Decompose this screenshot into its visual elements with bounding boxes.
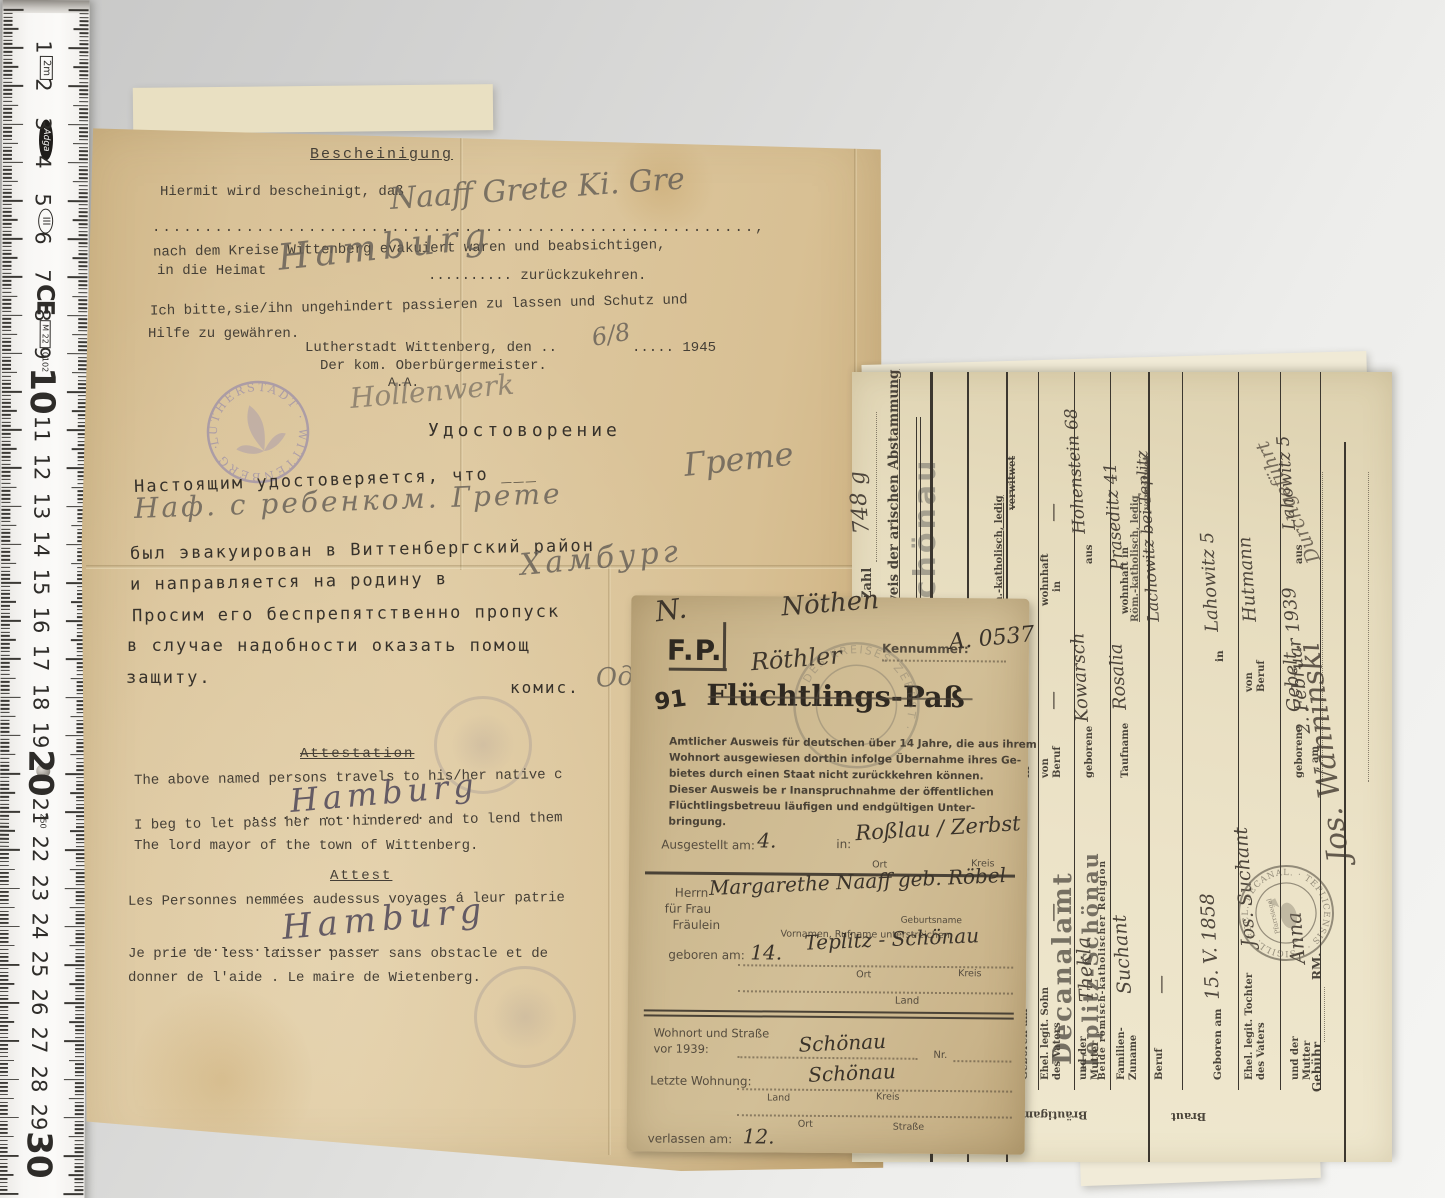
ruler-tick <box>0 1151 8 1153</box>
ruler-tick <box>0 1097 14 1099</box>
ruler-tick <box>79 112 88 114</box>
ruler-tick <box>79 212 88 214</box>
fp-mark: F.P. <box>667 634 723 667</box>
fp-bracket-vertical <box>723 622 726 670</box>
ruler-tick <box>78 395 87 397</box>
ruler-tick <box>2 349 11 351</box>
ruler-tick <box>75 1125 84 1127</box>
ruler-tick <box>0 998 8 1000</box>
ruler-tick <box>78 319 87 321</box>
ruler-tick <box>1 689 10 691</box>
ruler-tick <box>3 78 12 80</box>
ruler-approval-marker: M 22 <box>39 320 50 348</box>
ruler-tick <box>1 666 10 668</box>
ruler-tick <box>79 173 88 175</box>
ruler-tick <box>3 154 12 156</box>
ruler-tick <box>3 112 12 114</box>
ruler-tick <box>1 620 21 622</box>
zahl-value: 748 g <box>845 470 875 535</box>
ruler-tick <box>0 742 9 744</box>
ruler-tick <box>3 165 12 167</box>
ruler-tick <box>75 1014 84 1016</box>
ruler-tick <box>0 1059 14 1061</box>
ruler-tick <box>0 1109 8 1111</box>
ruler-tick <box>79 208 88 210</box>
wohnhaft-value2: Praseditz 41 <box>1101 462 1128 571</box>
ruler-tick <box>0 834 9 836</box>
ruler-tick <box>1 670 10 672</box>
land-label2: Land <box>767 1092 790 1103</box>
ruler-tick <box>2 291 11 293</box>
in-value: Roßlau / Zerbst <box>855 811 1022 845</box>
zuname-label: Zuname <box>1128 1035 1139 1080</box>
ruler-tick <box>76 815 85 817</box>
ruler-tick <box>0 864 9 866</box>
ruler-tick <box>79 250 88 252</box>
ruler-tick <box>0 933 9 935</box>
ruler-tick <box>78 284 87 286</box>
ruler-tick <box>0 803 9 805</box>
ruler-tick <box>0 960 8 962</box>
ruler-tick <box>76 853 85 855</box>
ruler-tick <box>0 945 15 947</box>
ruler-cm-number: 28 <box>27 1065 51 1092</box>
ruler-tick <box>0 1170 8 1172</box>
ruler-tick <box>64 1040 84 1042</box>
ruler-tick <box>74 1182 83 1184</box>
geboren-value2: 15. V. 1858 <box>1196 892 1224 1000</box>
ruler-tick <box>1 505 21 507</box>
kennummer-value: A. 0537 <box>948 622 1036 655</box>
ruler-tick <box>0 822 9 824</box>
ruler-tick <box>75 968 84 970</box>
ruler-tick <box>1 586 10 588</box>
ruler-tick <box>2 429 22 431</box>
ruler-tick <box>2 314 22 316</box>
ruler-tick <box>3 116 12 118</box>
ruler-accuracy-class-marker: III <box>38 209 53 234</box>
mutter-label3: und der <box>1290 1036 1301 1080</box>
ruler-tick <box>79 131 88 133</box>
ruler-tick <box>0 1021 14 1023</box>
ruler-tick <box>3 74 12 76</box>
ruler-tick <box>78 349 87 351</box>
ruler-tick <box>76 823 85 825</box>
mayor-signature: Hollenwerk <box>349 368 516 415</box>
ruler-tick <box>79 97 88 99</box>
decanalamt-stamp-line2: Teplitz-Schönau <box>1078 851 1103 1070</box>
ruler-tick <box>2 334 17 336</box>
letzte-label: Letzte Wohnung: <box>650 1073 751 1088</box>
ruler-tick <box>79 242 88 244</box>
ruler-tick <box>73 143 88 145</box>
pass-paragraph-line: Dieser Ausweis be r Inanspruchnahme der … <box>669 784 994 799</box>
ruler-tick <box>65 888 85 890</box>
ruler-tick <box>2 395 11 397</box>
ruler-tick <box>0 716 15 718</box>
ruler-tick <box>0 1082 8 1084</box>
form-rule <box>1344 442 1346 1162</box>
ruler-tick <box>3 177 12 179</box>
typed-dateline-end: ..... 1945 <box>632 340 716 356</box>
ruler-tick <box>1 597 10 599</box>
ruler-tick <box>64 1117 84 1119</box>
beruf-value: — <box>1042 691 1064 710</box>
ruler-tick <box>0 887 20 889</box>
ruler-tick <box>2 482 11 484</box>
ruler-tick <box>1 536 10 538</box>
gebuehr-label: Gebühr <box>1310 1042 1324 1092</box>
ruler-tick <box>4 16 13 18</box>
ruler-tick <box>1 525 16 527</box>
ruler-tick <box>75 1044 84 1046</box>
fold-crease <box>86 565 876 569</box>
ruler-tick <box>0 1040 19 1042</box>
land-label: Land <box>895 996 919 1007</box>
ruler-tick <box>1 517 10 519</box>
ruler-tick <box>70 830 85 832</box>
faint-round-stamp <box>474 966 576 1068</box>
ruler-tick <box>2 406 11 408</box>
ruler-tick <box>0 1075 8 1077</box>
ruler-tick <box>0 735 20 737</box>
russian-line: защиту. <box>126 668 212 688</box>
ruler-tick <box>0 1029 8 1031</box>
ruler-tick <box>75 999 84 1001</box>
ruler-tick <box>2 383 11 385</box>
ruler-tick <box>0 949 8 951</box>
ruler-tick <box>0 723 9 725</box>
ruler-tick <box>3 70 12 72</box>
ruler-tick <box>0 773 20 775</box>
ruler-tick <box>80 17 89 19</box>
ruler-tick <box>78 380 87 382</box>
ruler-tick <box>78 261 87 263</box>
ruler-tick <box>79 63 88 65</box>
ruler-tick <box>78 299 87 301</box>
ruler-tick <box>1 631 10 633</box>
ruler-tick <box>76 865 85 867</box>
ort-strasse-line <box>737 1114 1012 1118</box>
typed-line: .......... zurückzukehren. <box>428 268 646 284</box>
ruler-tick <box>3 238 23 240</box>
ruler-tick <box>0 1052 8 1054</box>
ruler-tick <box>0 838 9 840</box>
ruler-tick <box>79 204 88 206</box>
ruler-tick <box>79 74 88 76</box>
zahl-line <box>876 412 877 562</box>
form-rule <box>1148 372 1150 1162</box>
ruler-tick <box>2 303 11 305</box>
ruler-tick <box>0 754 15 756</box>
ruler-tick <box>75 953 84 955</box>
ruler-tick <box>2 322 11 324</box>
ruler-tick <box>2 467 22 469</box>
ruler-tick <box>1 544 21 546</box>
ruler-tick <box>1 582 21 584</box>
ruler-tick <box>0 750 9 752</box>
ruler-tick <box>67 467 87 469</box>
ruler-tick <box>3 55 12 57</box>
ruler-tick <box>3 32 12 34</box>
ruler-tick <box>2 391 22 393</box>
ruler-tick <box>75 1018 84 1020</box>
ruler-tick <box>3 227 12 229</box>
ruler-tick <box>75 957 84 959</box>
ruler-tick <box>72 372 87 374</box>
ruler-tick <box>75 1121 84 1123</box>
ruler-tick <box>3 173 12 175</box>
ruler-tick <box>76 861 85 863</box>
ruler-tick <box>2 376 11 378</box>
ruler-tick <box>2 460 11 462</box>
ruler-cm-number: 29 <box>27 1103 51 1130</box>
ruler-tick <box>68 200 88 202</box>
ruler-tick <box>76 884 85 886</box>
ruler-tick <box>72 410 87 412</box>
ruler-tick <box>65 735 85 737</box>
fraeulein-label: Fräulein <box>672 918 720 932</box>
ruler-tick <box>0 906 15 908</box>
ruler-tick <box>70 792 85 794</box>
ruler-tick <box>79 78 88 80</box>
ruler-tick <box>0 1090 8 1092</box>
ruler-tick <box>3 100 12 102</box>
ruler-tick <box>0 979 8 981</box>
ruler-tick <box>75 1132 84 1134</box>
ruler-tick <box>76 857 85 859</box>
ruler-tick <box>3 51 12 53</box>
ruler-tick <box>75 1109 84 1111</box>
ruler-tick <box>0 761 9 763</box>
frau-label: für Frau <box>665 902 712 916</box>
pass-paragraph-line: Wohnort ausgewiesen dorthin infolge Über… <box>669 752 1021 767</box>
ruler-tick <box>0 1071 8 1073</box>
ruler-tick <box>75 1006 84 1008</box>
ruler-tick <box>75 1148 84 1150</box>
ruler-tick <box>1 696 21 698</box>
ruler-tick <box>70 754 85 756</box>
ruler-tick <box>3 97 12 99</box>
ruler-tick <box>79 246 88 248</box>
ruler-tick <box>2 437 11 439</box>
ruler-tick <box>75 1010 84 1012</box>
ruler-tick <box>2 448 17 450</box>
ruler-tick <box>78 387 87 389</box>
letzte-value: Schönau <box>808 1059 896 1087</box>
ruler-tick <box>1 647 10 649</box>
ruler-tick <box>2 440 11 442</box>
beruf-label3: Beruf <box>1256 660 1267 692</box>
ruler-tick <box>79 170 88 172</box>
ruler-tick <box>79 154 88 156</box>
ruler-tick <box>0 918 9 920</box>
ruler-tick <box>76 918 85 920</box>
ruler-tick <box>79 108 88 110</box>
ruler-tick <box>0 1159 8 1161</box>
typed-line-fr: donner de l'aide . Le maire de Wietenber… <box>128 970 481 986</box>
ruler-tick <box>1 513 10 515</box>
ruler-tick <box>79 36 88 38</box>
ruler-cm-number: 12 <box>29 454 53 481</box>
ruler-tick <box>0 758 9 760</box>
braut-margin-label: Braut <box>1171 1110 1206 1123</box>
ruler-tick <box>78 361 87 363</box>
ruler-tick <box>3 219 18 221</box>
form-rule <box>1320 372 1321 1090</box>
ruler-cm-number: 30 <box>18 1131 58 1179</box>
typed-dateline: Lutherstadt Wittenberg, den .. <box>305 340 557 356</box>
ruler-tick <box>76 892 85 894</box>
russian-komis: комис. <box>510 678 580 697</box>
ruler-tick <box>3 188 12 190</box>
ruler-tick <box>79 32 88 34</box>
ruler-tick <box>1 712 10 714</box>
ruler-tick <box>0 811 20 813</box>
ruler-tick <box>1 651 10 653</box>
ruler-tick <box>69 1060 84 1062</box>
ruler-tick <box>3 253 12 255</box>
ruler-tick <box>0 1155 19 1157</box>
ruler-tick <box>3 108 12 110</box>
ruler-tick <box>73 219 88 221</box>
ruler-tick <box>2 463 11 465</box>
ruler-tick <box>3 28 18 30</box>
ruler-tick <box>2 276 22 278</box>
ruler-tick <box>0 1010 8 1012</box>
ruler-tick <box>3 211 12 213</box>
ruler-tick <box>3 120 12 122</box>
geborene-value: Kowarsch <box>1067 632 1093 722</box>
ruler-tick <box>79 158 88 160</box>
pass-paragraph-line: Amtlicher Ausweis für deutschen über 14 … <box>669 736 1037 751</box>
ruler-tick <box>0 1117 19 1119</box>
ruler-tick <box>2 402 11 404</box>
ruler-tick <box>0 1136 14 1138</box>
ruler-tick <box>79 150 88 152</box>
typed-line-en: The lord mayor of the town of Wittenberg… <box>134 838 478 854</box>
ruler-tick <box>0 884 9 886</box>
ruler-tick <box>0 891 9 893</box>
ruler-tick <box>2 364 11 366</box>
ruler-tick <box>0 941 9 943</box>
ruler-tick <box>79 120 88 122</box>
ruler-tick <box>78 399 87 401</box>
ruler-tick <box>0 1044 8 1046</box>
ruler-tick <box>67 353 87 355</box>
tochter-label: Ehel. legit. Tochter <box>1244 973 1255 1080</box>
ruler-tick <box>0 1185 7 1187</box>
verlassen-label: verlassen am: <box>648 1131 733 1146</box>
ruler-tick <box>0 819 9 821</box>
ruler-tick <box>0 1182 7 1184</box>
geboren-label: geboren am: <box>668 948 745 963</box>
ruler-tick <box>67 429 87 431</box>
signature-line2 <box>1368 472 1369 782</box>
ruler-tick <box>1 528 10 530</box>
beruf-value2: — <box>1150 975 1172 994</box>
form-rule <box>1038 372 1039 1090</box>
ruler-tick <box>0 807 9 809</box>
ruler-tick <box>76 834 85 836</box>
ruler-tick <box>78 326 87 328</box>
land-line <box>738 990 1013 994</box>
ruler-tick <box>70 907 85 909</box>
ruler-cm-number: 6 <box>30 231 54 244</box>
ruler-tick <box>0 872 9 874</box>
ruler-tick <box>0 922 9 924</box>
ruler-tick <box>63 1193 83 1195</box>
form-rule <box>1238 372 1239 1090</box>
ruler-tick <box>75 976 84 978</box>
ruler-tick <box>0 1063 8 1065</box>
ruler-tick <box>2 379 11 381</box>
ruler-tick <box>2 288 11 290</box>
ruler-tick <box>2 456 11 458</box>
typed-line: Hilfe zu gewähren. <box>148 326 299 342</box>
ruler-tick <box>0 880 9 882</box>
ruler-tick <box>1 673 10 675</box>
ruler-tick <box>0 1113 8 1115</box>
ruler-tick <box>79 93 88 95</box>
ruler-cm-number: 4 <box>31 155 55 168</box>
ruler-tick <box>2 410 17 412</box>
ruler-tick <box>2 444 11 446</box>
kreis-label3: Kreis <box>876 1091 899 1102</box>
ruler-tick <box>74 1190 83 1192</box>
ruler-tick <box>0 796 9 798</box>
russian-line: Просим его беспрепятственно пропуск <box>132 602 560 626</box>
ruler-tick <box>78 303 87 305</box>
ruler-tick <box>1 643 10 645</box>
ruler-cm-number: 2 <box>31 79 55 92</box>
ruler-tick <box>79 40 88 42</box>
ruler-tick <box>78 273 87 275</box>
ruler-tick <box>1 509 10 511</box>
ruler-tick <box>76 796 85 798</box>
ruler-tick <box>0 952 8 954</box>
ruler-tick <box>72 334 87 336</box>
ruler-tick <box>75 991 84 993</box>
ruler-tick <box>75 1105 84 1107</box>
geburtsort-value: Teplitz - Schönau <box>804 923 980 955</box>
ruler-tick <box>1 547 10 549</box>
photo-of-documents: Bescheinigung Hiermit wird bescheinigt, … <box>0 0 1445 1198</box>
ruler-tick <box>1 693 10 695</box>
ruler-tick <box>65 849 85 851</box>
ruler-tick <box>79 55 88 57</box>
ruler-tick <box>3 139 12 141</box>
ruler-tick <box>2 318 11 320</box>
ruler-tick <box>76 804 85 806</box>
ruler-cm-number: 7 <box>30 270 54 283</box>
ruler-tick <box>78 357 87 359</box>
double-rule-b <box>644 1014 1014 1019</box>
pass-paragraph-line: bringung. <box>668 816 726 829</box>
ruler-tick <box>0 842 9 844</box>
ruler-tick <box>75 1094 84 1096</box>
ruler-tick <box>0 956 8 958</box>
ruler-tick <box>3 135 12 137</box>
ruler-tick <box>2 261 11 263</box>
verlassen-value: 12. <box>743 1124 775 1148</box>
fluechtlings-pass: N. F.P. Nöthen Kennummer: A. 0537 Röthle… <box>627 595 1030 1154</box>
nr-line <box>953 1060 1011 1063</box>
ruler-tick <box>1 502 10 504</box>
vor1939-label: vor 1939: <box>653 1041 708 1055</box>
handwritten-grete: Грете <box>682 435 795 484</box>
ruler-tick <box>76 842 85 844</box>
